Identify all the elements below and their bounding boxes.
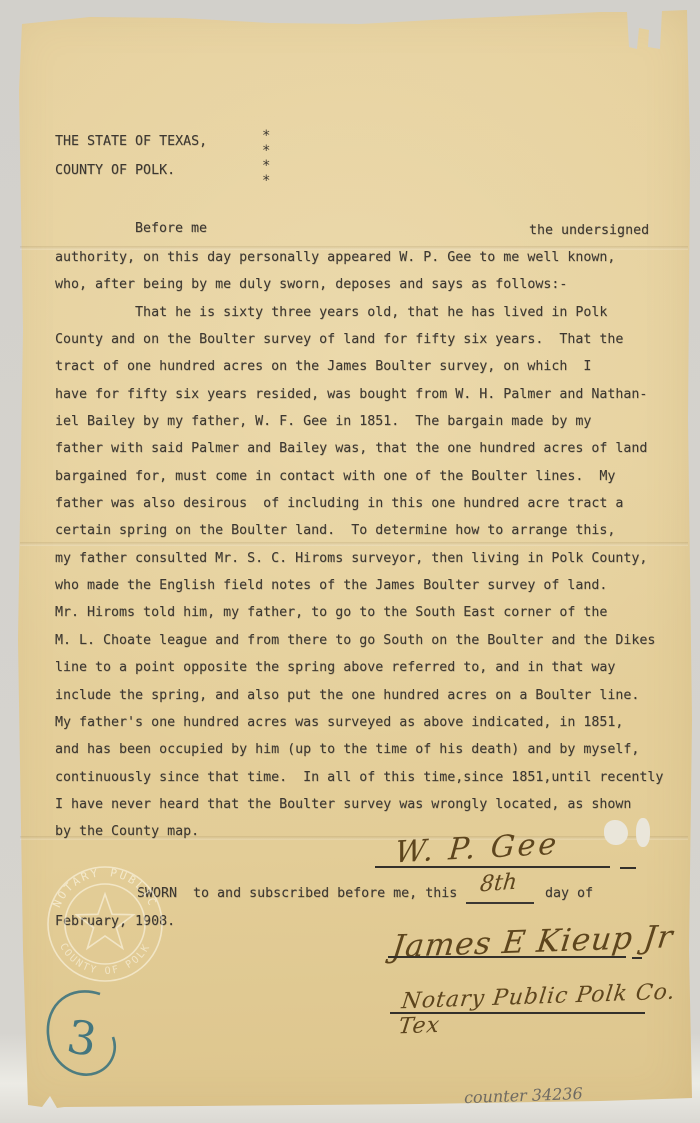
header-county-line: COUNTY OF POLK. bbox=[55, 163, 175, 178]
body-line: authority, on this day personally appear… bbox=[55, 244, 663, 271]
body-line: my father consulted Mr. S. C. Hiroms sur… bbox=[55, 545, 663, 572]
signature-rule-dash bbox=[632, 957, 642, 959]
body-line: County and on the Boulter survey of land… bbox=[55, 326, 663, 353]
undersigned-text: the undersigned bbox=[529, 223, 649, 238]
body-line: iel Bailey by my father, W. F. Gee in 18… bbox=[55, 408, 663, 435]
body-line: tract of one hundred acres on the James … bbox=[55, 353, 663, 380]
body-line: bargained for, must come in contact with… bbox=[55, 463, 663, 490]
body-line: father with said Palmer and Bailey was, … bbox=[55, 435, 663, 462]
body-line: Mr. Hiroms told him, my father, to go to… bbox=[55, 599, 663, 626]
before-me-text: Before me bbox=[135, 221, 207, 236]
body-line: by the County map. bbox=[55, 818, 663, 845]
signature-rule bbox=[375, 866, 610, 868]
body-line: and has been occupied by him (up to the … bbox=[55, 736, 663, 763]
scan-background: THE STATE OF TEXAS, COUNTY OF POLK. * * … bbox=[0, 0, 700, 1123]
body-line: have for fifty six years resided, was bo… bbox=[55, 381, 663, 408]
body-line: certain spring on the Boulter land. To d… bbox=[55, 517, 663, 544]
body-line: That he is sixty three years old, that h… bbox=[55, 299, 663, 326]
notary-title-handwritten: Notary Public Polk Co. Tex bbox=[397, 979, 700, 1040]
counter-note: counter 34236 bbox=[464, 1084, 583, 1107]
body-line: include the spring, and also put the one… bbox=[55, 682, 663, 709]
sworn-suffix: day of bbox=[545, 886, 593, 901]
body-line: continuously since that time. In all of … bbox=[55, 764, 663, 791]
body-line: who, after being by me duly sworn, depos… bbox=[55, 271, 663, 298]
signature-rule-dash bbox=[620, 867, 636, 869]
asterisk: * bbox=[262, 174, 270, 189]
asterisk: * bbox=[262, 129, 270, 144]
body-line: M. L. Choate league and from there to go… bbox=[55, 627, 663, 654]
asterisk: * bbox=[262, 159, 270, 174]
body-line: father was also desirous of including in… bbox=[55, 490, 663, 517]
body-line: who made the English field notes of the … bbox=[55, 572, 663, 599]
sworn-day-blank-line bbox=[466, 902, 534, 904]
seal-star-icon bbox=[77, 894, 134, 948]
body-line: I have never heard that the Boulter surv… bbox=[55, 791, 663, 818]
body-line: My father's one hundred acres was survey… bbox=[55, 709, 663, 736]
svg-text:NOTARY PUBLIC: NOTARY PUBLIC bbox=[50, 866, 159, 909]
sworn-prefix: SWORN to and subscribed before me, this bbox=[137, 886, 457, 901]
page-number-circle: 3 bbox=[36, 984, 128, 1084]
body-line: line to a point opposite the spring abov… bbox=[55, 654, 663, 681]
seal-top-text: NOTARY PUBLIC bbox=[50, 866, 159, 909]
signature-rule bbox=[390, 1012, 645, 1014]
page-number: 3 bbox=[63, 1009, 100, 1067]
signature-rule bbox=[388, 956, 626, 958]
affidavit-body: authority, on this day personally appear… bbox=[55, 244, 663, 846]
embossed-notary-seal: NOTARY PUBLIC COUNTY OF POLK bbox=[42, 860, 168, 990]
asterisk: * bbox=[262, 144, 270, 159]
sworn-day-handwritten: 8th bbox=[479, 870, 519, 898]
asterisk-column: * * * * bbox=[262, 129, 270, 189]
header-state-line: THE STATE OF TEXAS, bbox=[55, 134, 207, 149]
